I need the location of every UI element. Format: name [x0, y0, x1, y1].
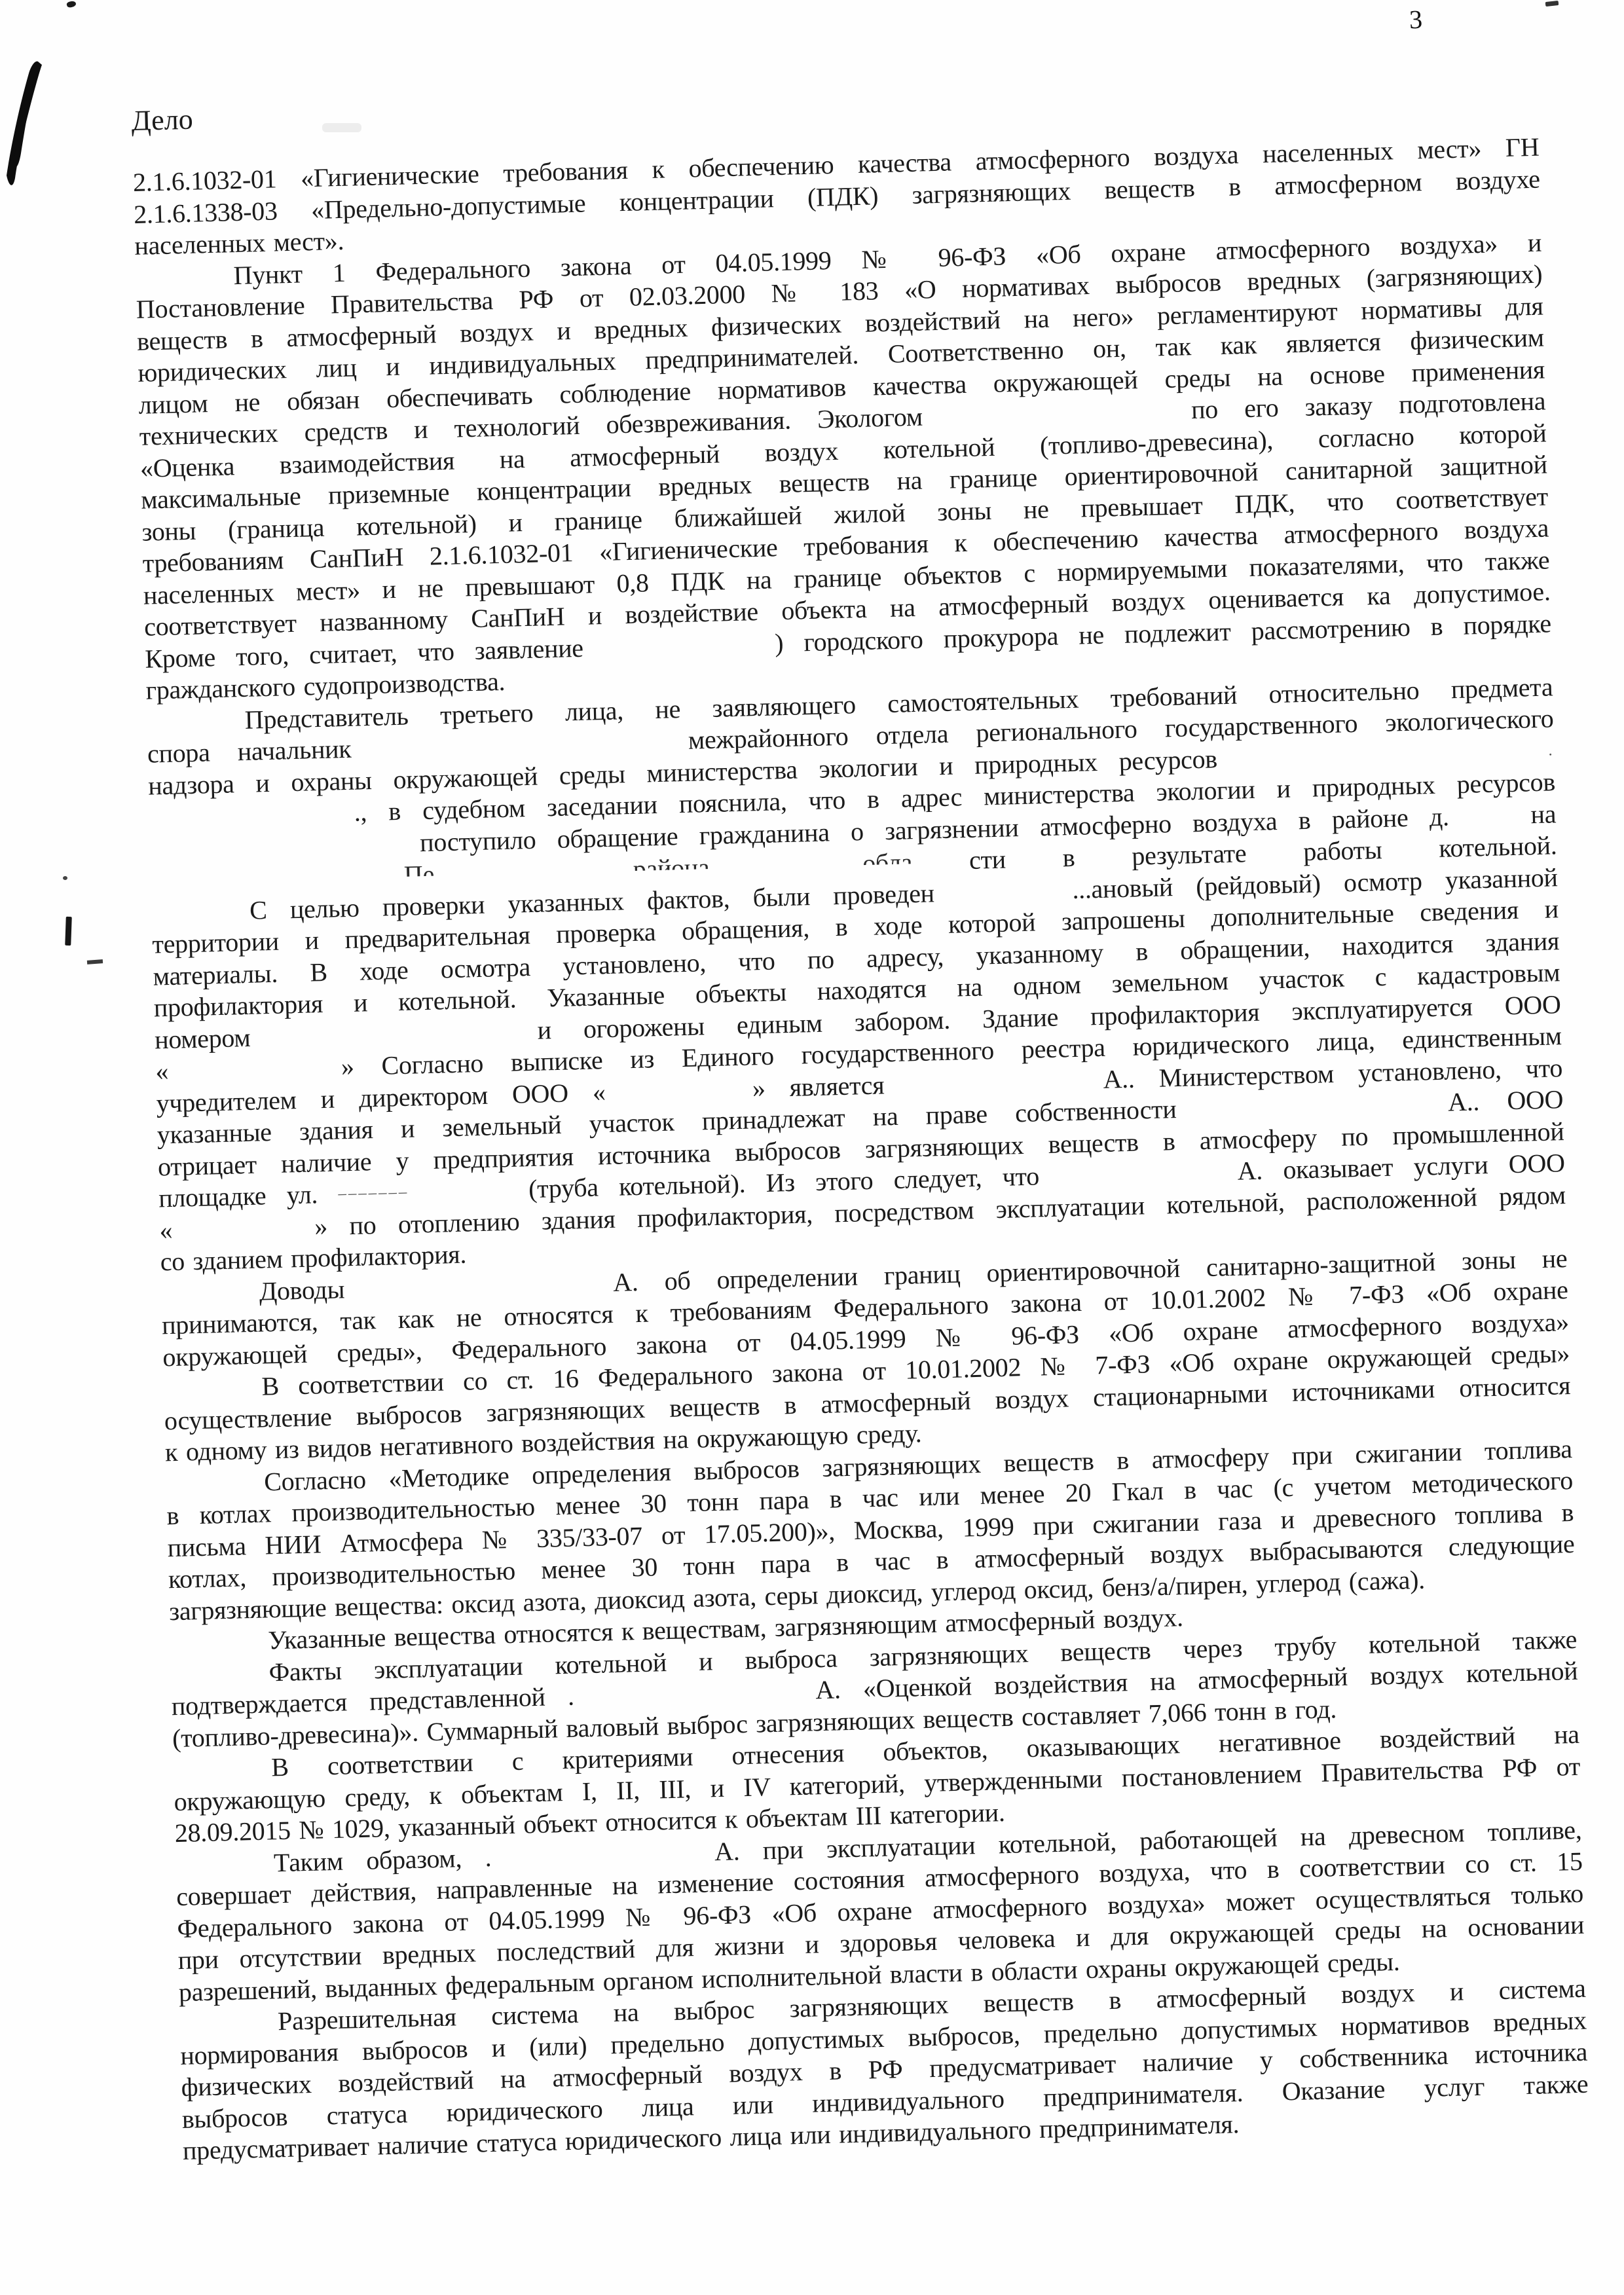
redaction-gap: [949, 418, 1165, 424]
redaction-gap: [151, 883, 347, 890]
text-segment: населенных мест».: [134, 226, 344, 261]
redaction-gap: [604, 651, 754, 656]
redaction-gap: [957, 897, 1049, 901]
pen-stroke-mark: [0, 0, 131, 223]
redaction-gap: [1060, 1179, 1217, 1184]
text-segment: «: [155, 1056, 169, 1086]
page-number: 3: [1409, 4, 1423, 35]
redaction-gap: [149, 820, 333, 826]
redaction-gap: [1470, 822, 1509, 825]
faint-artifact: .: [1548, 741, 1555, 759]
text-segment: Таким образом, .: [273, 1842, 491, 1877]
redaction-gap: [194, 1234, 293, 1238]
text-segment: А.. ООО: [1447, 1084, 1563, 1116]
stray-bar-mark: [65, 917, 72, 946]
text-segment: номером: [155, 1022, 251, 1054]
redaction-gap: [767, 872, 806, 874]
document-text: Дело 2.1.6.1032-01 «Гигиенические требов…: [131, 69, 1589, 2167]
ink-speck-top-right: [1545, 1, 1559, 7]
redaction-gap: [430, 1197, 508, 1200]
redaction-gap: [283, 1038, 506, 1045]
text-segment: площадке ул.: [158, 1179, 318, 1213]
redaction-gap: [379, 748, 661, 757]
text-segment: «: [159, 1215, 173, 1244]
redaction-gap: [630, 1096, 728, 1100]
text-segment: Доводы: [259, 1274, 344, 1306]
text-segment: на: [1530, 799, 1557, 829]
redaction-gap: [196, 1074, 314, 1079]
stray-dot-mark: [63, 876, 67, 880]
redaction-gap: [909, 1087, 1079, 1093]
redaction-gap: [597, 1698, 793, 1704]
clipped-text-fragment: Пе: [403, 859, 434, 877]
redaction-gap: [1239, 758, 1527, 767]
text-segment: спора начальник: [147, 734, 352, 769]
redaction-gap: [150, 851, 399, 858]
clipped-text-fragment: обла: [862, 847, 913, 865]
redaction-gap: [515, 1860, 692, 1865]
redaction-gap: [491, 877, 576, 881]
text-segment: со зданием профилактория.: [160, 1239, 466, 1277]
stray-dash-mark: [87, 959, 103, 964]
redaction-gap: [371, 1290, 587, 1296]
clipped-text-fragment: района: [633, 852, 709, 871]
text-segment: » является: [752, 1070, 885, 1103]
document-page: 3 Дело 2.1.6.1032-01 «Гигиенические треб…: [0, 0, 1624, 2295]
redaction-gap: [1204, 1111, 1420, 1117]
text-lines: 2.1.6.1032-01 «Гигиенические требования …: [132, 132, 1589, 2167]
faint-artifact: –––––––: [338, 1183, 409, 1203]
